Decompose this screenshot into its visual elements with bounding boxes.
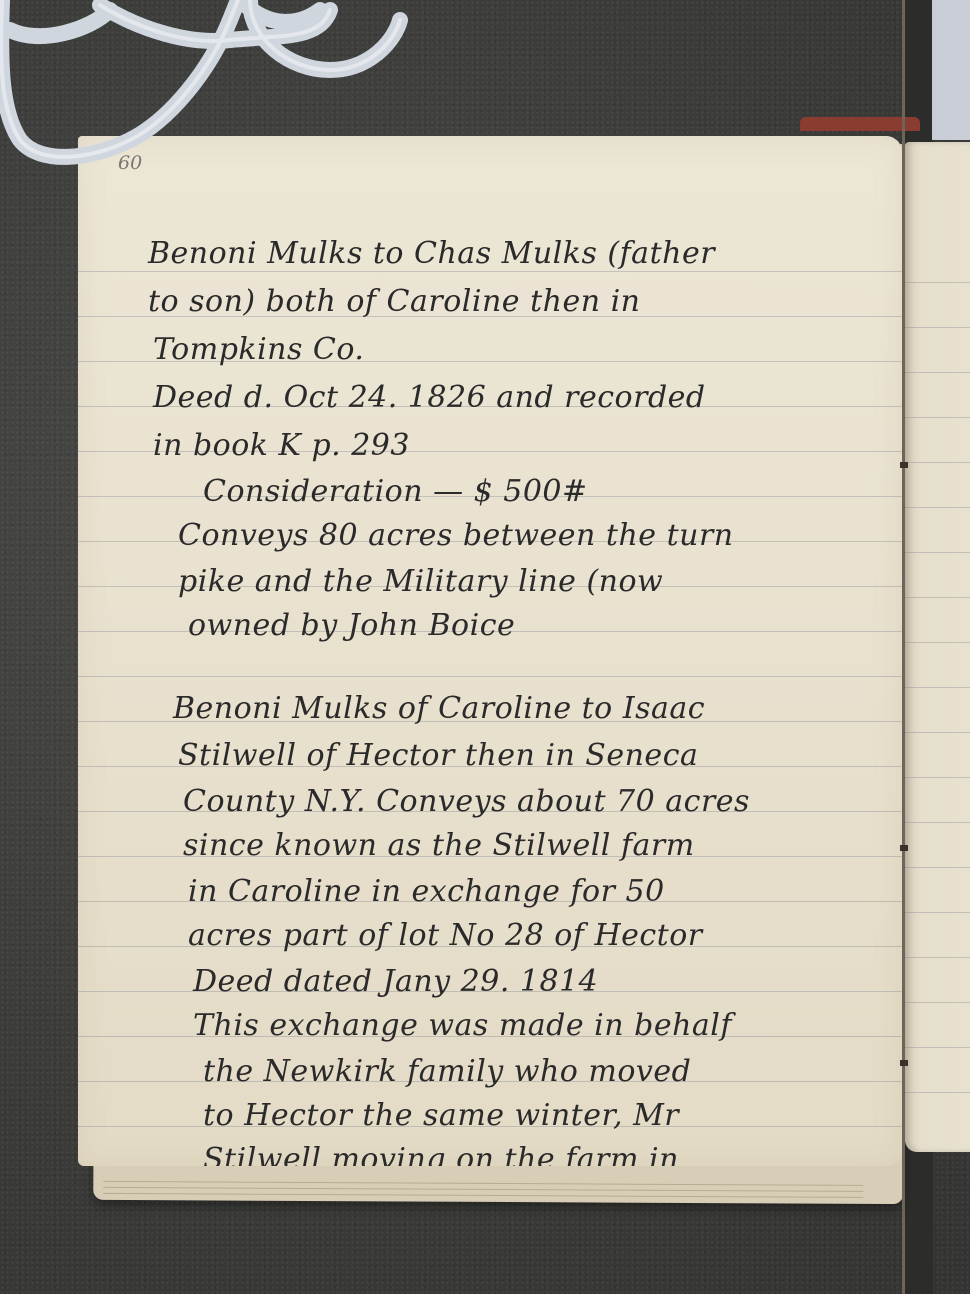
notebook-spine bbox=[902, 0, 905, 1294]
handwritten-line: Deed dated Jany 29. 1814 bbox=[193, 964, 598, 999]
page-number: 60 bbox=[118, 152, 142, 174]
handwritten-line: Consideration — $ 500# bbox=[203, 474, 588, 509]
ruled-line bbox=[905, 552, 970, 553]
handwritten-line: since known as the Stilwell farm bbox=[183, 828, 695, 863]
ruled-line bbox=[905, 1092, 970, 1093]
ruled-line bbox=[905, 597, 970, 598]
handwritten-line: Stilwell moving on the farm in bbox=[203, 1142, 679, 1166]
notebook-page: 60 Benoni Mulks to Chas Mulks (father to… bbox=[78, 136, 902, 1166]
handwritten-line: owned by John Boice bbox=[188, 608, 515, 643]
ruled-line bbox=[905, 957, 970, 958]
handwritten-line: in Caroline in exchange for 50 bbox=[188, 874, 665, 909]
handwritten-line: This exchange was made in behalf bbox=[193, 1008, 732, 1043]
handwritten-line: Stilwell of Hector then in Seneca bbox=[178, 738, 698, 773]
ruled-line bbox=[905, 687, 970, 688]
handwritten-line: Benoni Mulks of Caroline to Isaac bbox=[173, 691, 705, 726]
ruled-line bbox=[905, 327, 970, 328]
ruled-line bbox=[905, 642, 970, 643]
ruled-line bbox=[78, 271, 902, 272]
ruled-line bbox=[905, 867, 970, 868]
page-edge-line bbox=[103, 1187, 863, 1192]
ruled-line bbox=[905, 732, 970, 733]
ruled-line bbox=[905, 822, 970, 823]
ruled-line bbox=[78, 676, 902, 677]
handwritten-line: County N.Y. Conveys about 70 acres bbox=[183, 784, 750, 819]
photo-scene: 60 Benoni Mulks to Chas Mulks (father to… bbox=[0, 0, 970, 1294]
ruled-line bbox=[905, 1002, 970, 1003]
ruled-line bbox=[905, 462, 970, 463]
ruled-line bbox=[905, 282, 970, 283]
handwritten-line: acres part of lot No 28 of Hector bbox=[188, 918, 703, 953]
handwritten-line: Deed d. Oct 24. 1826 and recorded bbox=[153, 380, 706, 415]
binding-stitch bbox=[900, 1060, 908, 1066]
ruled-line bbox=[905, 777, 970, 778]
ruled-line bbox=[905, 912, 970, 913]
page-edge-line bbox=[103, 1193, 863, 1198]
ruled-line bbox=[905, 507, 970, 508]
right-edge-paper bbox=[932, 0, 970, 140]
ruled-line bbox=[905, 417, 970, 418]
handwritten-line: to Hector the same winter, Mr bbox=[203, 1098, 679, 1133]
handwritten-line: to son) both of Caroline then in bbox=[148, 284, 641, 319]
handwritten-line: the Newkirk family who moved bbox=[203, 1054, 691, 1089]
facing-page bbox=[905, 142, 970, 1152]
handwritten-line: in book K p. 293 bbox=[153, 428, 410, 463]
handwritten-line: pike and the Military line (now bbox=[178, 564, 663, 599]
ruled-line bbox=[905, 372, 970, 373]
handwritten-line: Benoni Mulks to Chas Mulks (father bbox=[148, 236, 715, 271]
page-edge-line bbox=[103, 1181, 863, 1186]
ruled-line bbox=[905, 1047, 970, 1048]
binding-stitch bbox=[900, 462, 908, 468]
handwritten-line: Tompkins Co. bbox=[153, 332, 364, 367]
handwritten-line: Conveys 80 acres between the turn bbox=[178, 518, 734, 553]
binding-stitch bbox=[900, 845, 908, 851]
